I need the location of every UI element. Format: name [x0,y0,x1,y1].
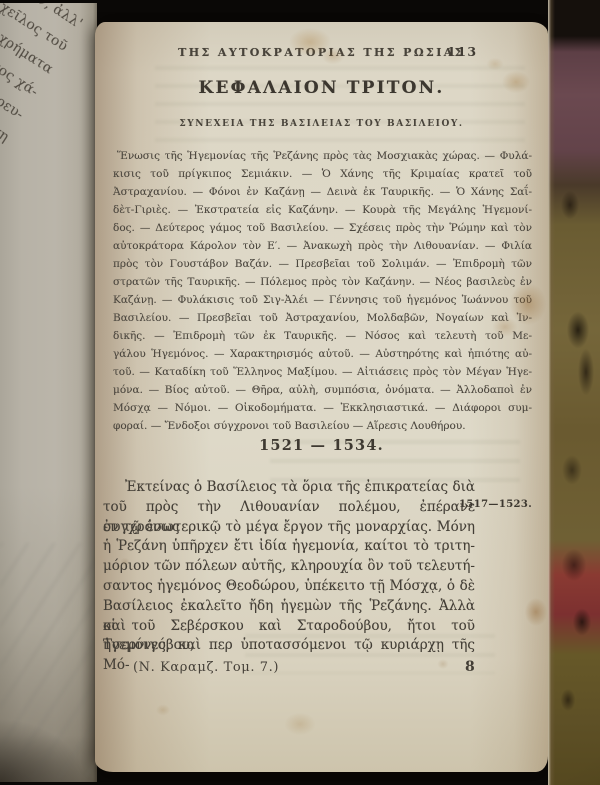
body-text-line: ἡγεμόνες, καὶ περ ὑποτασσόμενοι τῷ κυριά… [103,636,475,656]
summary-line: γάλου Ἡγεμόνος. — Χαρακτηρισμός αὐτοῦ. —… [113,345,532,363]
book-photograph: ανοὺς μὲν, ἀλλ'ὰ τὸ χεῖλος τοῦαρεῖχον χρ… [0,0,600,785]
summary-line: δικῆς. — Ἐπιδρομὴ τῶν ἐκ Ταυρικῆς. — Νόσ… [113,327,532,345]
page-corner-shadow [0,3,97,782]
body-text-line: μόριον τῶν πόλεων αὐτῆς, κληρουχία ὂν το… [103,557,475,577]
summary-line: Βασιλείου. — Πρεσβεῖαι τοῦ Ἀστραχανίου, … [113,309,532,327]
summary-line: Ἕνωσις τῆς Ἡγεμονίας τῆς Ῥεζάνης πρὸς τὰ… [113,147,532,165]
body-text-line: σαντος ἡγεμόνος Θεοδώρου, ὑπέκειτο τῇ Μό… [103,577,475,597]
signature-number: 8 [465,659,475,675]
body-text-line: οἱ τοῦ Σεβέρσκου καὶ Σταροδούβου, ἤτοι τ… [103,617,475,637]
summary-line: Μόσχᾳ — Νόμοι. — Οἰκοδομήματα. — Ἐκκλησι… [113,399,532,417]
chapter-title: ΚΕΦΑΛΑΙΟΝ ΤΡΙΤΟΝ. [95,78,548,98]
chapter-summary: Ἕνωσις τῆς Ἡγεμονίας τῆς Ῥεζάνης πρὸς τὰ… [113,147,532,435]
summary-line: στρατῶν τῆς Ταυρικῆς. — Πόλεμος πρὸς τὸν… [113,273,532,291]
summary-line: δος. — Δεύτερος γάμος τοῦ Βασιλείου. — Σ… [113,219,532,237]
summary-line: αὐτοκράτορα Κάρολον τὸν Ε′. — Ἀνακωχὴ πρ… [113,237,532,255]
summary-line: Ἀστραχανίου. — Φόνοι ἐν Καζάνῃ — Δεινὰ ἐ… [113,183,532,201]
running-head: ΤΗΣ ΑΥΤΟΚΡΑΤΟΡΙΑΣ ΤΗΣ ΡΩΣΙΑΣ [95,46,548,59]
page-number: 113 [447,44,478,59]
summary-line: πρὸς τὸν Γουστάβον Βαζάν. — Πρεσβεῖαι το… [113,255,532,273]
summary-line: φοραί. — Ἔνδοξοι σύγχρονοι τοῦ Βασιλείου… [113,417,532,435]
footer-citation: (Ν. Καραμζ. Τομ. 7.) [133,660,279,675]
body-text-line: Ἐκτείνας ὁ Βασίλειος τὰ ὅρια τῆς ἐπικρατ… [103,478,475,498]
body-text-line: ἐν τῷ ἐσωτερικῷ τὸ μέγα ἔργον τῆς μοναρχ… [103,518,475,538]
summary-line: τοῦ. — Καταδίκη τοῦ Ἕλληνος Μαξίμου. — Α… [113,363,532,381]
summary-line: Καζάνῃ. — Φυλάκισις τοῦ Σιγ-Ἀλέι — Γέννη… [113,291,532,309]
summary-line: δὲτ-Γιριὲς. — Ἐκστρατεία εἰς Καζάνην. — … [113,201,532,219]
body-text: Ἐκτείνας ὁ Βασίλειος τὰ ὅρια τῆς ἐπικρατ… [103,478,475,656]
body-text-line: τοῦ πρὸς τὴν Λιθουανίαν πολέμου, ἐπέρανε… [103,498,475,518]
marbled-board-edge [548,0,600,785]
chapter-subtitle: ΣΥΝΕΧΕΙΑ ΤΗΣ ΒΑΣΙΛΕΙΑΣ ΤΟΥ ΒΑΣΙΛΕΙΟΥ. [95,119,548,129]
margin-date-note: 1517—1523. [459,499,532,510]
book-page: ΤΗΣ ΑΥΤΟΚΡΑΤΟΡΙΑΣ ΤΗΣ ΡΩΣΙΑΣ 113 ΚΕΦΑΛΑΙ… [95,22,548,772]
summary-line: κισις τοῦ πρίγκιπος Σεμιάκιν. — Ὁ Χάνης … [113,165,532,183]
facing-page-edge: ανοὺς μὲν, ἀλλ'ὰ τὸ χεῖλος τοῦαρεῖχον χρ… [0,3,97,782]
summary-line: μόνα. — Βίος αὐτοῦ. — Θῆρα, αὐλὴ, συμπόσ… [113,381,532,399]
body-text-line: ἡ Ῥεζάνη ὑπῆρχεν ἔτι ἰδία ἡγεμονία, καίτ… [103,537,475,557]
body-text-line: Βασίλειος ἐκαλεῖτο ἤδη ἡγεμὼν τῆς Ῥεζάνη… [103,597,475,617]
date-range-heading: 1521 — 1534. [95,437,548,454]
